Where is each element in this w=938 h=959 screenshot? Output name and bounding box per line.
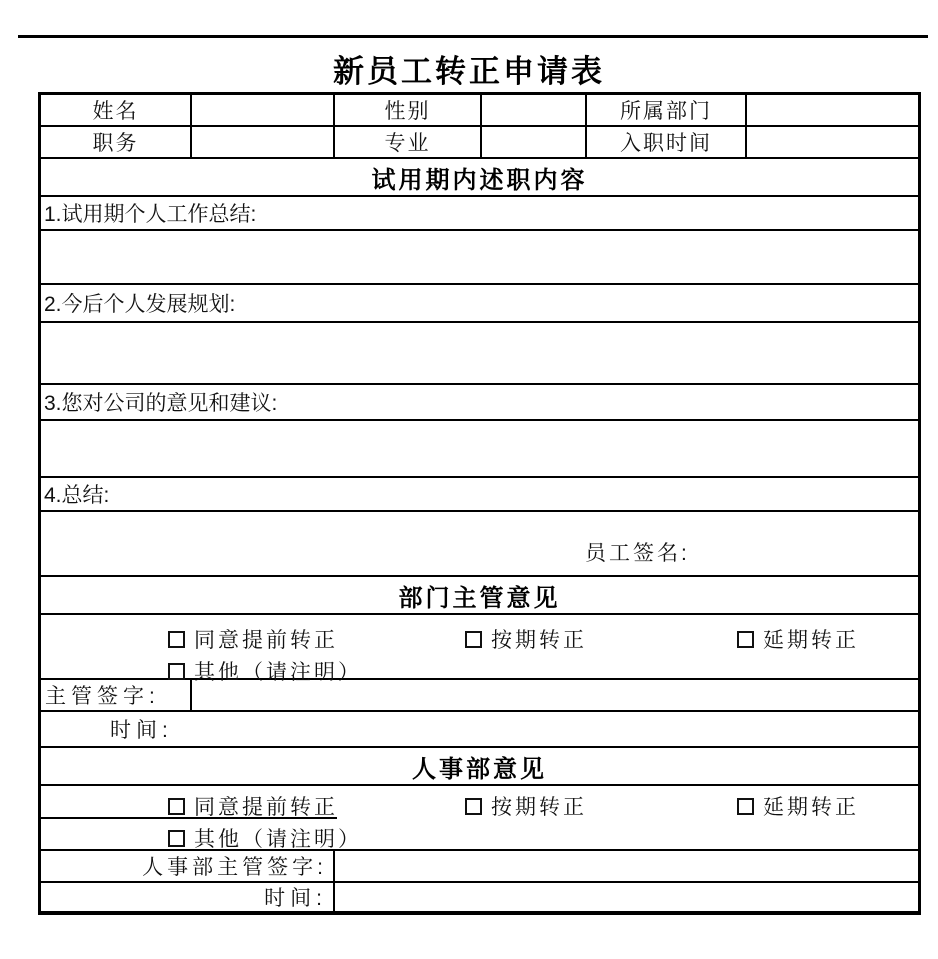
- employee-signature-label: 员工签名:: [585, 537, 690, 567]
- hr-option-other[interactable]: 其他（请注明）: [168, 823, 362, 853]
- hr-option-ontime[interactable]: 按期转正: [465, 791, 587, 821]
- department-value-field[interactable]: [747, 95, 918, 125]
- hr-option-other-label: 其他（请注明）: [194, 823, 362, 853]
- checkbox-icon[interactable]: [168, 798, 185, 815]
- major-label: 专业: [335, 127, 482, 157]
- supervisor-option-early-label: 同意提前转正: [194, 624, 338, 654]
- page-title: 新员工转正申请表: [0, 46, 938, 91]
- supervisor-signature-row: 主管签字:: [41, 680, 918, 712]
- report-answer-2[interactable]: [41, 323, 918, 385]
- hr-option-ontime-label: 按期转正: [491, 791, 587, 821]
- supervisor-signature-label: 主管签字:: [41, 680, 192, 710]
- report-answer-4[interactable]: 员工签名:: [41, 512, 918, 577]
- supervisor-option-delay[interactable]: 延期转正: [737, 624, 859, 654]
- report-item-4-label: 4.总结:: [41, 478, 918, 512]
- supervisor-date-field[interactable]: [173, 712, 918, 746]
- supervisor-signature-field[interactable]: [192, 680, 918, 710]
- position-label: 职务: [41, 127, 192, 157]
- position-value-field[interactable]: [192, 127, 335, 157]
- major-value-field[interactable]: [482, 127, 587, 157]
- hr-opinion-header: 人事部意见: [41, 748, 918, 786]
- report-item-2-label: 2.今后个人发展规划:: [41, 285, 918, 323]
- top-rule: [18, 35, 928, 38]
- report-answer-1[interactable]: [41, 231, 918, 285]
- hr-signature-label: 人事部主管签字:: [41, 851, 335, 881]
- hr-date-field[interactable]: [335, 883, 918, 911]
- checkbox-icon[interactable]: [168, 631, 185, 648]
- department-label: 所属部门: [587, 95, 747, 125]
- probation-report-header: 试用期内述职内容: [41, 159, 918, 197]
- supervisor-option-ontime-label: 按期转正: [491, 624, 587, 654]
- hr-date-row: 时间:: [41, 883, 918, 911]
- checkbox-icon[interactable]: [168, 830, 185, 847]
- hr-option-delay-label: 延期转正: [763, 791, 859, 821]
- supervisor-date-label: 时间:: [41, 714, 173, 744]
- name-value-field[interactable]: [192, 95, 335, 125]
- gender-value-field[interactable]: [482, 95, 587, 125]
- hr-signature-field[interactable]: [335, 851, 918, 881]
- checkbox-icon[interactable]: [465, 798, 482, 815]
- report-item-1-label: 1.试用期个人工作总结:: [41, 197, 918, 231]
- hr-options-row: 同意提前转正 按期转正 延期转正: [41, 786, 918, 819]
- supervisor-option-delay-label: 延期转正: [763, 624, 859, 654]
- supervisor-option-early[interactable]: 同意提前转正: [168, 624, 338, 654]
- gender-label: 性别: [335, 95, 482, 125]
- checkbox-icon[interactable]: [465, 631, 482, 648]
- checkbox-icon[interactable]: [168, 663, 185, 680]
- info-row-2: 职务 专业 入职时间: [41, 127, 918, 159]
- report-answer-3[interactable]: [41, 421, 918, 478]
- report-item-3-label: 3.您对公司的意见和建议:: [41, 385, 918, 421]
- form-table: 姓名 性别 所属部门 职务 专业 入职时间 试用期内述职内容 1.试用期个人工作…: [38, 92, 921, 915]
- supervisor-options-row: 同意提前转正 按期转正 延期转正 其他（请注明）: [41, 615, 918, 680]
- supervisor-option-ontime[interactable]: 按期转正: [465, 624, 587, 654]
- form-page: 新员工转正申请表 姓名 性别 所属部门 职务 专业 入职时间: [0, 0, 938, 959]
- info-row-1: 姓名 性别 所属部门: [41, 95, 918, 127]
- hr-other-option-row: 其他（请注明）: [41, 819, 918, 851]
- hire-date-label: 入职时间: [587, 127, 747, 157]
- hr-signature-row: 人事部主管签字:: [41, 851, 918, 883]
- supervisor-opinion-header: 部门主管意见: [41, 577, 918, 615]
- hr-date-label: 时间:: [41, 883, 335, 911]
- checkbox-icon[interactable]: [737, 631, 754, 648]
- hr-option-delay[interactable]: 延期转正: [737, 791, 859, 821]
- checkbox-icon[interactable]: [737, 798, 754, 815]
- supervisor-date-row: 时间:: [41, 712, 918, 748]
- hire-date-value-field[interactable]: [747, 127, 918, 157]
- name-label: 姓名: [41, 95, 192, 125]
